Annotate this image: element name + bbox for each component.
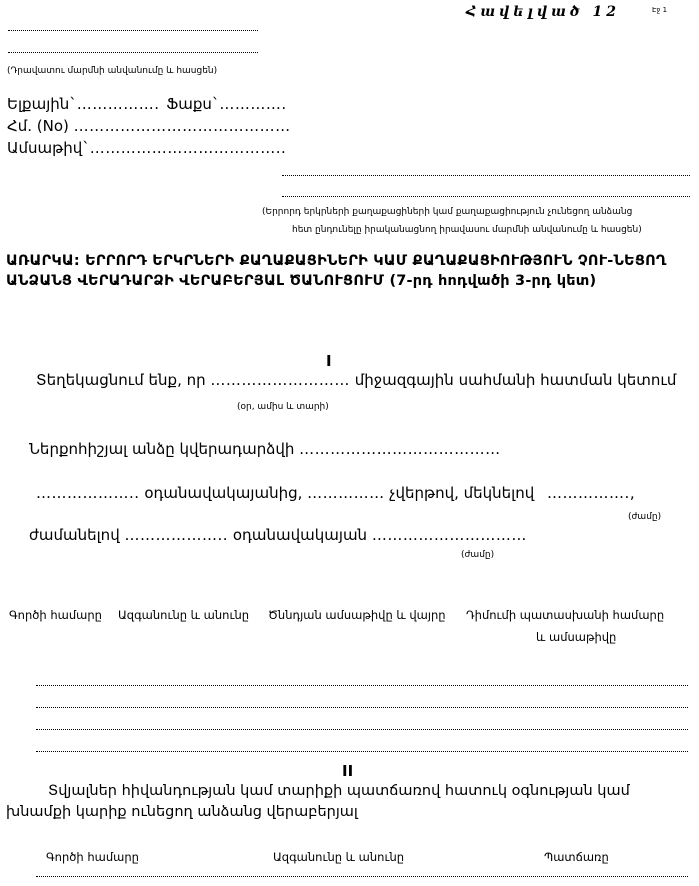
table-row[interactable]	[36, 729, 688, 730]
date-label: Ամսաթիվ`	[7, 139, 90, 157]
section-1-line-4: ժամանելով ……………….. օդանավակայան ………………………	[29, 526, 527, 544]
col-reply-date: և ամսաթիվը	[536, 630, 616, 644]
annex-title: Հավելված 12	[466, 4, 620, 20]
arrival-time-caption: (ժամը)	[461, 550, 494, 560]
outgoing-label: Ելքային`	[7, 95, 77, 113]
outgoing-field: Ելքային`……………. Ֆաքս`………….	[7, 95, 287, 113]
airport-from-text: օդանավակայանից,	[144, 484, 302, 502]
col-birth: Ծննդյան ամսաթիվը և վայրը	[268, 608, 446, 622]
requester-line-1	[8, 30, 258, 31]
line-2-start: Ներքոհիշյալ անձը կվերադարձվի	[29, 440, 294, 458]
arrival-airport-dots[interactable]: …………………………	[372, 526, 527, 544]
section-2-paragraph: Տվյալներ հիվանդության կամ տարիքի պատճառո…	[6, 781, 696, 823]
page-mark: Էջ 1	[652, 6, 667, 14]
number-field: Հմ. (No) ……………………………………	[7, 117, 291, 135]
number-label: Հմ. (No)	[7, 117, 69, 135]
date-caption: (օր, ամիս և տարի)	[237, 402, 329, 412]
col-name: Ազգանունը և անունը	[118, 608, 249, 622]
s2-col-case-number: Գործի համարը	[46, 850, 139, 864]
date-field: Ամսաթիվ`………………………………..	[7, 139, 286, 157]
table-row[interactable]	[36, 751, 688, 752]
section-1-line-3: ……………….. օդանավակայանից, …………… չվերթով, …	[36, 484, 635, 502]
addressee-line-1	[282, 175, 690, 176]
outgoing-dots[interactable]: …………….	[77, 95, 160, 113]
departure-time-dots[interactable]: …………….,	[547, 484, 635, 502]
departure-time-caption: (ժամը)	[628, 512, 661, 522]
flight-dots[interactable]: ……………	[307, 484, 385, 502]
requester-caption: (Դրավատու մարմնի անվանումը և հասցեն)	[7, 66, 217, 76]
addressee-caption-1: (Երրորդ երկրների քաղաքացիների կամ քաղաքա…	[262, 207, 632, 217]
table-row[interactable]	[36, 707, 688, 708]
arriving-text: ժամանելով	[29, 526, 120, 544]
s2-col-reason: Պատճառը	[544, 850, 609, 864]
fax-dots[interactable]: ………….	[219, 95, 286, 113]
section-1-line-2: Ներքոհիշյալ անձը կվերադարձվի ………………………………	[29, 440, 501, 458]
line-1-start: Տեղեկացնում ենք, որ	[36, 371, 206, 389]
table-row[interactable]	[36, 876, 688, 877]
person-destination-dots[interactable]: …………………………………	[299, 440, 501, 458]
date-input-dots[interactable]: ………………………	[210, 371, 350, 389]
section-1-numeral: I	[326, 352, 332, 370]
departure-airport-dots[interactable]: ………………..	[36, 484, 140, 502]
section-2-numeral: II	[342, 762, 353, 780]
airport-to-text: օդանավակայան	[233, 526, 367, 544]
addressee-caption-2: հետ ընդունելը իրականացնող իրավասու մարմն…	[292, 225, 642, 235]
addressee-line-2	[282, 196, 690, 197]
date-dots[interactable]: ………………………………..	[90, 139, 287, 157]
flight-departing-text: չվերթով, մեկնելով	[389, 484, 534, 502]
col-case-number: Գործի համարը	[9, 608, 102, 622]
fax-label: Ֆաքս`	[166, 95, 219, 113]
number-dots[interactable]: ……………………………………	[74, 117, 291, 135]
table-row[interactable]	[36, 685, 688, 686]
line-1-end: միջազգային սահմանի հատման կետում	[355, 371, 677, 389]
s2-col-name: Ազգանունը և անունը	[273, 850, 404, 864]
arrival-time-dots[interactable]: ………………..	[124, 526, 228, 544]
col-reply-number: Դիմումի պատասխանի համարը	[466, 608, 664, 622]
section-1-line-1: Տեղեկացնում ենք, որ ……………………… միջազգային…	[36, 371, 676, 389]
requester-line-2	[8, 52, 258, 53]
subject-heading: ԱՌԱՐԿԱ: ԵՐՐՈՐԴ ԵՐԿՐՆԵՐԻ ՔԱՂԱՔԱՑԻՆԵՐԻ ԿԱՄ…	[6, 251, 696, 291]
